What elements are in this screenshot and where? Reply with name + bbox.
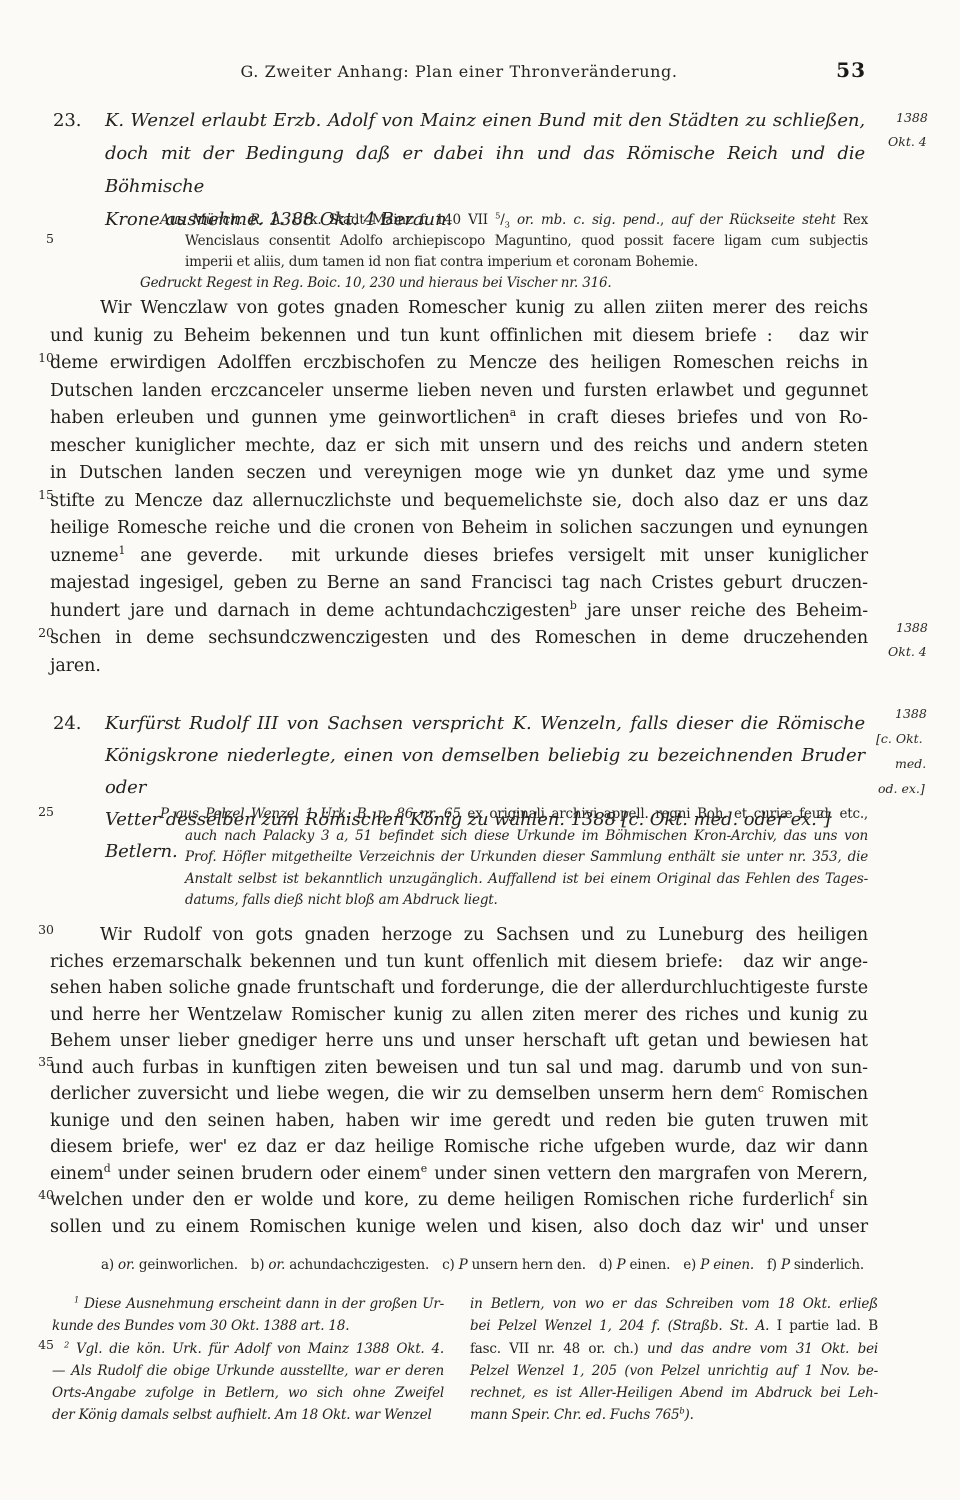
entry-23-source-note: Aus Münch. R. A. Urk. Stadt Mainz f. 140…: [185, 210, 868, 294]
book-page: G. Zweiter Anhang: Plan einer Thronverän…: [0, 0, 960, 1500]
entry-24-number: 24.: [53, 708, 81, 740]
line-number: 25: [24, 804, 54, 819]
line-number: 5: [24, 231, 54, 246]
entry-23-number: 23.: [53, 104, 81, 137]
entry-23-margin-date: 1388Okt. 4: [888, 106, 960, 154]
entry-23-body: Wir Wenczlaw von gotes gnaden Romescher …: [50, 295, 868, 680]
line-number: 45: [24, 1337, 54, 1352]
line-numbers: 51015202530354045: [24, 0, 54, 1500]
entry-24-source-note: P aus Pelzel Wenzel 1 Urk. B. p. 86 nr. …: [185, 804, 868, 912]
entry-23-body-margin-date: 1388Okt. 4: [888, 616, 960, 664]
running-head-title: G. Zweiter Anhang: Plan einer Thronverän…: [50, 62, 868, 81]
apparatus-variants: a) or. geinworlichen.b) or. achundachczi…: [95, 1257, 870, 1273]
footnote-column-left: 1 Diese Ausnehmung erscheint dann in der…: [52, 1293, 444, 1427]
footnote-column-right: in Betlern, von wo er das Schreiben vom …: [470, 1293, 878, 1427]
running-head: G. Zweiter Anhang: Plan einer Thronverän…: [50, 62, 868, 90]
entry-24-body: Wir Rudolf von gots gnaden herzoge zu Sa…: [50, 922, 868, 1240]
entry-24-margin-date: 1388[c. Okt.med.od. ex.]: [876, 701, 948, 801]
page-number: 53: [836, 58, 866, 82]
